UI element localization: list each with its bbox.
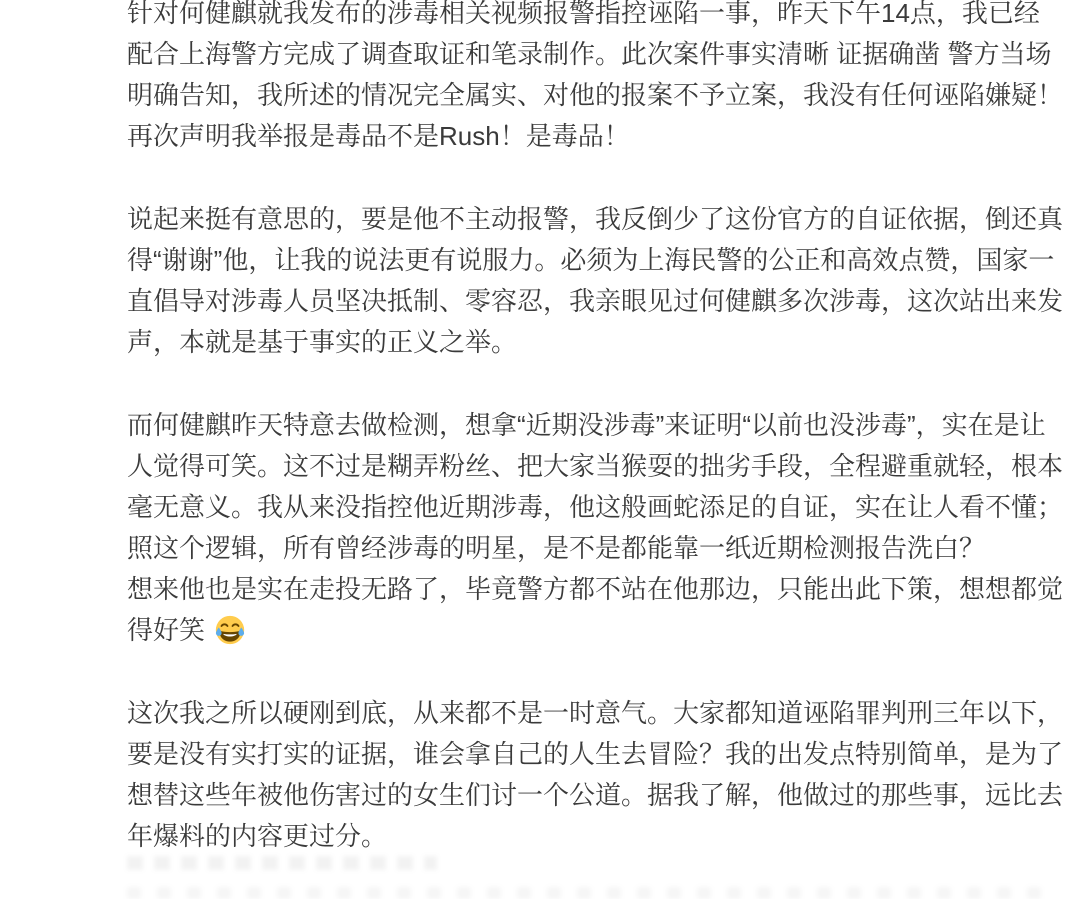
paragraph: 这次我之所以硬刚到底，从来都不是一时意气。大家都知道诬陷罪判刑三年以下，要是没有… <box>127 693 1069 857</box>
paragraph: 针对何健麒就我发布的涉毒相关视频报警指控诬陷一事，昨天下午14点，我已经配合上海… <box>127 0 1069 157</box>
text-line: 得好笑 <box>127 610 1069 651</box>
text-line: 照这个逻辑，所有曾经涉毒的明星，是不是都能靠一纸近期检测报告洗白？ <box>127 528 1069 569</box>
post-body: 针对何健麒就我发布的涉毒相关视频报警指控诬陷一事，昨天下午14点，我已经配合上海… <box>127 0 1069 899</box>
text-line: 明确告知，我所述的情况完全属实、对他的报案不予立案，我没有任何诬陷嫌疑！ <box>127 75 1069 116</box>
paragraph: 说起来挺有意思的，要是他不主动报警，我反倒少了这份官方的自证依据，倒还真得“谢谢… <box>127 199 1069 363</box>
post-screenshot: 针对何健麒就我发布的涉毒相关视频报警指控诬陷一事，昨天下午14点，我已经配合上海… <box>0 0 1080 899</box>
text-line: 再次声明我举报是毒品不是Rush！是毒品！ <box>127 116 1069 157</box>
text-line: 直倡导对涉毒人员坚决抵制、零容忍，我亲眼见过何健麒多次涉毒，这次站出来发 <box>127 281 1069 322</box>
paragraph: 而何健麒昨天特意去做检测，想拿“近期没涉毒”来证明“以前也没涉毒”，实在是让人觉… <box>127 405 1069 651</box>
text-line: 说起来挺有意思的，要是他不主动报警，我反倒少了这份官方的自证依据，倒还真 <box>127 199 1069 240</box>
text-line: 针对何健麒就我发布的涉毒相关视频报警指控诬陷一事，昨天下午14点，我已经 <box>127 0 1069 34</box>
text-line: 毫无意义。我从来没指控他近期涉毒，他这般画蛇添足的自证，实在让人看不懂； <box>127 487 1069 528</box>
text-line: 而何健麒昨天特意去做检测，想拿“近期没涉毒”来证明“以前也没涉毒”，实在是让 <box>127 405 1069 446</box>
text-line: 声，本就是基于事实的正义之举。 <box>127 322 1069 363</box>
text-line: 配合上海警方完成了调查取证和笔录制作。此次案件事实清晰 证据确凿 警方当场 <box>127 34 1069 75</box>
face-with-tears-of-joy-emoji <box>215 615 245 645</box>
text-line: 人觉得可笑。这不过是糊弄粉丝、把大家当猴耍的拙劣手段，全程避重就轻，根本 <box>127 446 1069 487</box>
text-line: 得“谢谢”他，让我的说法更有说服力。必须为上海民警的公正和高效点赞，国家一 <box>127 240 1069 281</box>
text-line: 年爆料的内容更过分。 <box>127 816 1069 857</box>
text-line: 要是没有实打实的证据，谁会拿自己的人生去冒险？我的出发点特别简单，是为了 <box>127 734 1069 775</box>
text-line: 想替这些年被他伤害过的女生们讨一个公道。据我了解，他做过的那些事，远比去 <box>127 775 1069 816</box>
text-line: 这次我之所以硬刚到底，从来都不是一时意气。大家都知道诬陷罪判刑三年以下， <box>127 693 1069 734</box>
text-line: 想来他也是实在走投无路了，毕竟警方都不站在他那边，只能出此下策，想想都觉 <box>127 569 1069 610</box>
